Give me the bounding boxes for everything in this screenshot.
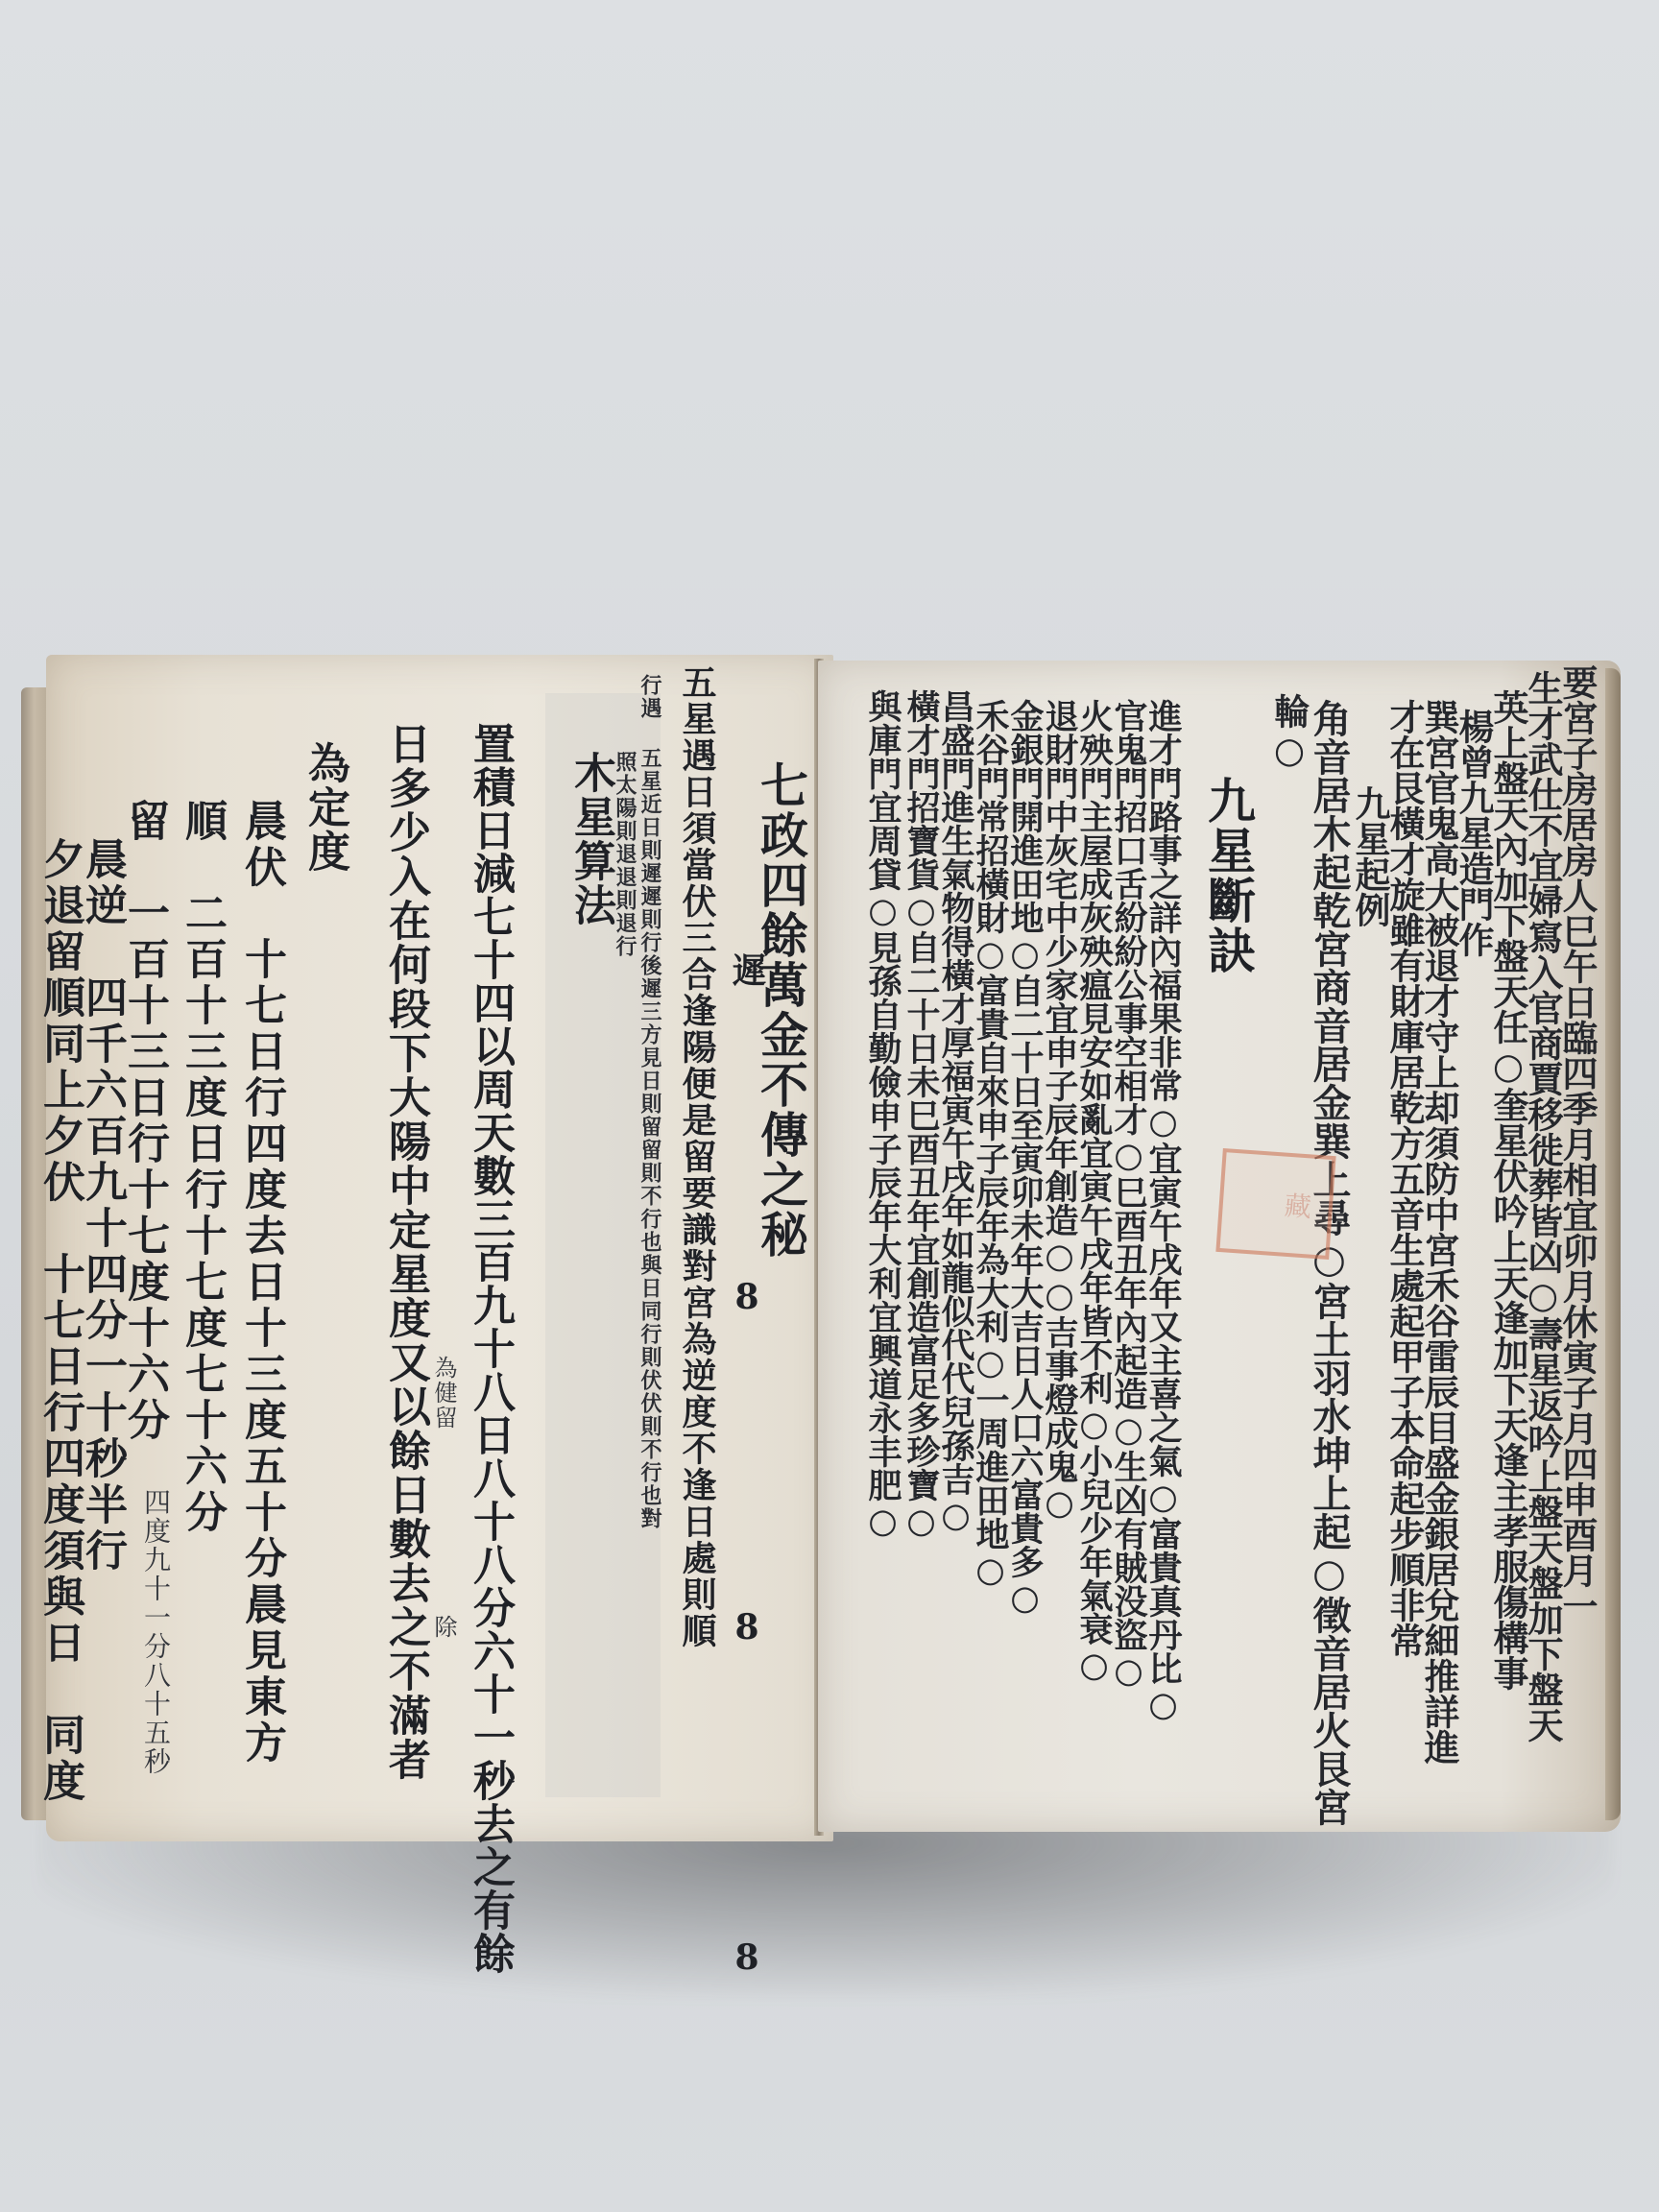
text-column: 退財門中灰宅中少家宜申子辰年創造○○吉事燈成鬼○ (1043, 699, 1076, 1523)
text-column-liu: 留 一百十三日行十七度十六分 (123, 799, 165, 1444)
text-column-xitui: 夕退留順同上夕伏 十七日行四度須與日 同度 (38, 837, 81, 1805)
small-note: 四度九十一分八十五秒 (142, 1488, 169, 1776)
text-column: 為定度 (303, 741, 346, 874)
text-column-chenni: 晨逆 四千六百九十四分一十秒半行 (81, 837, 123, 1575)
open-manuscript-book: 七政四餘萬金不傳之秘 五星遇日須當伏三合逢陽便是留要識對宮為逆度不逢日處則順 遲… (21, 649, 1621, 1839)
photo-scene: 七政四餘萬金不傳之秘 五星遇日須當伏三合逢陽便是留要識對宮為逆度不逢日處則順 遲… (0, 0, 1659, 2212)
text-column: 輪○ (1271, 693, 1307, 771)
text-column: 要宮子房居房人巳午日臨四季月相宜卯月休寅子月四申酉月一 (1559, 664, 1595, 1623)
text-column-shun: 順 二百十三度日行十七度七十六分 (180, 799, 223, 1536)
text-column: 與庫門宜周貸○見孫自勤儉申子辰年大利宜興道永丰肥○ (866, 689, 900, 1541)
text-column: 英上盤天內加下盤天任○奎星伏吟上天逢加下天逢主孝服傷構事 (1490, 689, 1526, 1691)
text-column: 進才門路事之詳內福果非常○宜寅午戌年又主喜之氣○富貴真丹比○ (1146, 699, 1180, 1724)
small-commentary-column: 行遇 五星近日則遲遲則行後遲三方見日則留留則不行也與日同行則伏伏則不行也對 (639, 674, 661, 1826)
text-column: 禾谷門常招橫財○富貴自來申子辰年為大利○一周進田地○ (974, 699, 1007, 1590)
text-column-chenfu: 晨伏 十七日行四度去日十三度五十分晨見東方 (240, 799, 282, 1767)
section-heading: 九星斷訣 (1204, 776, 1252, 975)
seal-text: 藏 (1235, 1166, 1318, 1241)
text-column: 巽宮官鬼高大被退才守上却須防中宮禾谷雷辰目盛金銀居兌細推詳進 (1421, 699, 1456, 1765)
left-page: 七政四餘萬金不傳之秘 五星遇日須當伏三合逢陽便是留要識對宮為逆度不逢日處則順 遲… (46, 655, 833, 1841)
text-column: 角音居木起乾宮商音居金巽上尋○宮土羽水坤上起○徵音居火艮宮 (1310, 699, 1348, 1826)
book-right-edge (1605, 668, 1621, 1820)
text-column: 才在艮橫才旋雖有財庫居乾方五音生處起甲子本命起步順非常 (1386, 699, 1422, 1658)
annotation-marks: 遲 8 8 8 (730, 952, 764, 2103)
text-column: 金銀門開進田地○自二十日至寅卯未年大吉日人口六富貴多○ (1008, 699, 1042, 1618)
text-column-heading: 楊曾九星造門作 (1455, 709, 1491, 957)
text-column: 火殃門主屋成灰殃瘟見安如亂宜寅午戌年皆不利○小兒少年氣衰○ (1077, 699, 1111, 1685)
text-column: 五星遇日須當伏三合逢陽便是留要識對宮為逆度不逢日處則順 (680, 664, 714, 1816)
text-column: 日多少入在何段下大陽中定星度又以餘日數去之不滿者 (384, 722, 426, 1782)
text-column: 橫才門招寶貨○自二十日未巳酉丑年宜創造富足多珍寶○ (904, 689, 938, 1541)
margin-note: 為健留 (432, 1356, 455, 1431)
red-seal-stamp: 藏 (1215, 1148, 1335, 1260)
text-column: 昌盛門進生氣物得橫才厚福寅午戌年如龍似代代兒孫吉○ (939, 689, 973, 1535)
text-column: 生才武仕不宜婦寫入官商賈移徙葬皆凶○壽星返吟上盤天盤加下盤天 (1525, 670, 1560, 1743)
section-heading: 九星起例 (1352, 785, 1387, 927)
small-commentary-column: 照太陽則退退則退行 (614, 751, 636, 958)
text-column: 置積日減七十四以周天數三百九十八日八十八分六十一秒去之有餘 (469, 722, 511, 1975)
section-heading: 木星算法 (569, 751, 612, 927)
text-column: 官鬼門招口舌紛紛公事空相才○巳酉丑年內起造○生凶有賊没盜○ (1112, 699, 1145, 1691)
margin-note: 除 (432, 1615, 455, 1640)
